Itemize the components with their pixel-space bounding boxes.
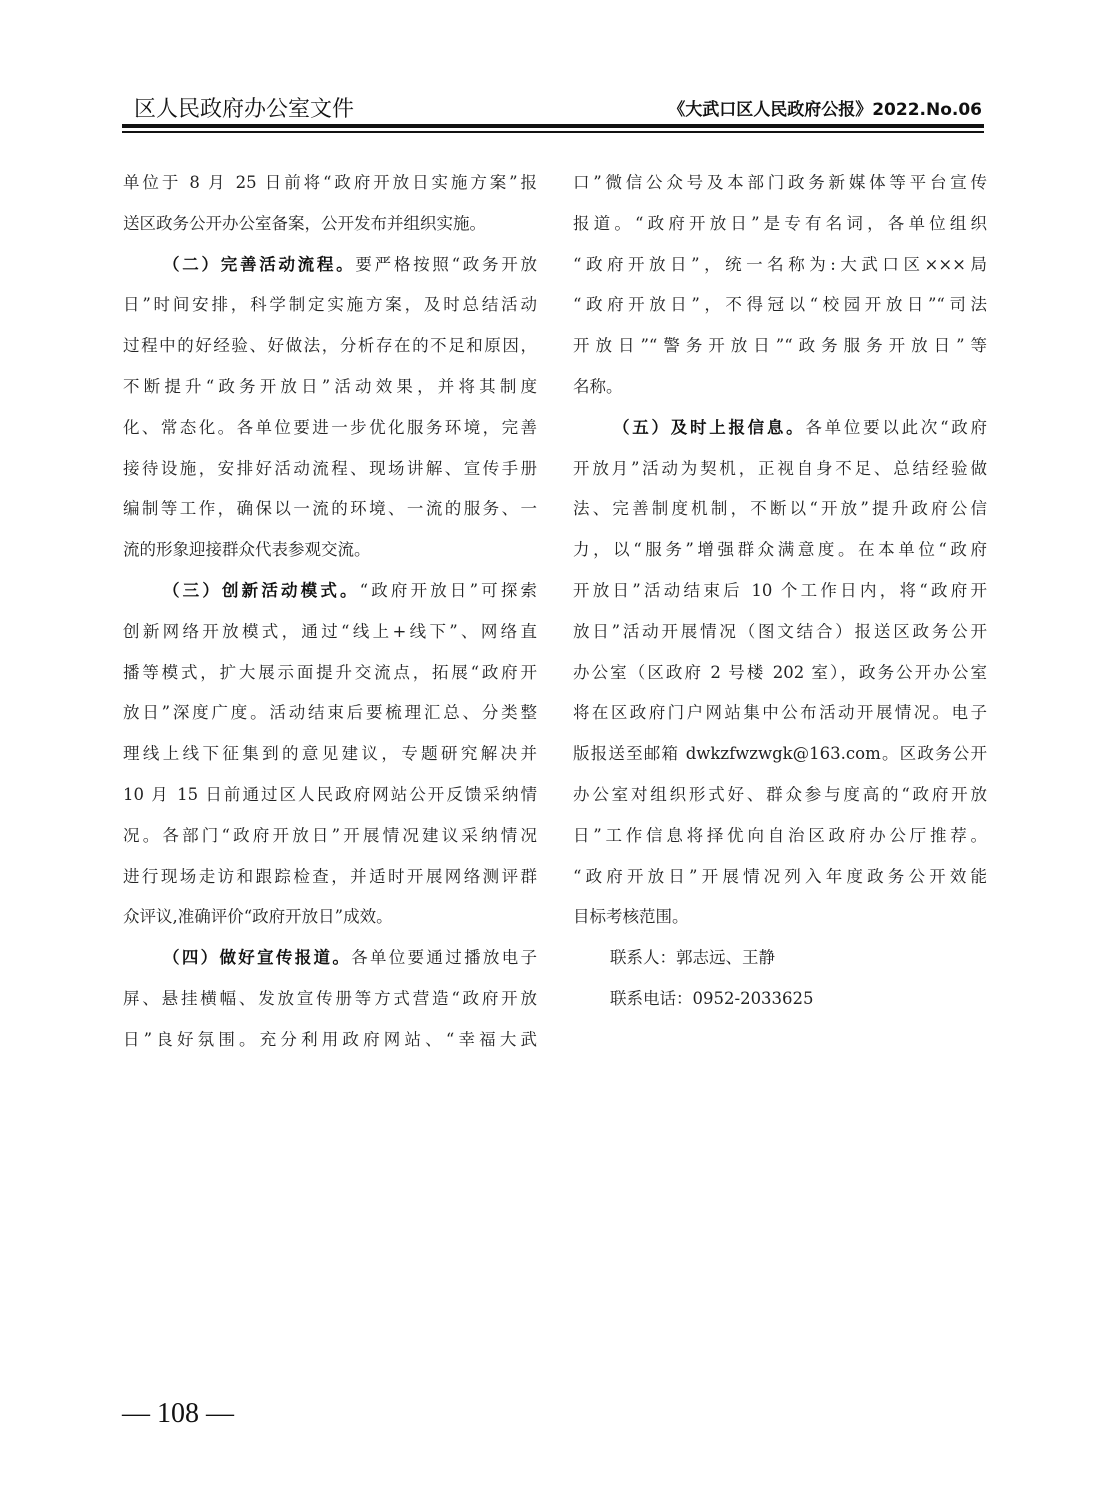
page-number: — 108 — <box>122 1398 234 1430</box>
text-line: 过程中的好经验、好做法，分析存在的不足和原因， <box>123 326 537 367</box>
text-line: 化、常态化。各单位要进一步优化服务环境，完善 <box>123 408 537 449</box>
text-line: “政府开放日”开展情况列入年度政务公开效能 <box>573 857 987 898</box>
email-line: 版报送至邮箱 dwkzfwzwgk@163.com。区政务公开 <box>573 734 987 775</box>
left-column: 单位于 8 月 25 日前将“政府开放日实施方案”报 送区政务公开办公室备案，公… <box>123 163 537 1061</box>
text-line: 报道。“政府开放日”是专有名词，各单位组织 <box>573 204 987 245</box>
text-line: 进行现场走访和跟踪检查，并适时开展网络测评群 <box>123 857 537 898</box>
text-line: 开放日”“警务开放日”“政务服务开放日”等 <box>573 326 987 367</box>
text-run: 要严格按照“政务开放 <box>355 255 537 274</box>
text-line: 接待设施，安排好活动流程、现场讲解、宣传手册 <box>123 449 537 490</box>
text-line: 放日”活动开展情况（图文结合）报送区政务公开 <box>573 612 987 653</box>
page-header: 区人民政府办公室文件 《大武口区人民政府公报》2022.No.06 <box>122 92 984 134</box>
section-heading: （五）及时上报信息。 <box>613 418 805 437</box>
text-line: 送区政务公开办公室备案，公开发布并组织实施。 <box>123 204 537 245</box>
text-line: 开放日”活动结束后 10 个工作日内，将“政府开 <box>573 571 987 612</box>
text-line: 众评议,准确评价“政府开放日”成效。 <box>123 897 537 938</box>
section-heading-line: （三）创新活动模式。“政府开放日”可探索 <box>123 571 537 612</box>
text-line: 播等模式，扩大展示面提升交流点，拓展“政府开 <box>123 653 537 694</box>
text-line: 10 月 15 日前通过区人民政府网站公开反馈采纳情 <box>123 775 537 816</box>
text-run: 各单位要通过播放电子 <box>351 948 537 967</box>
section-heading-line: （四）做好宣传报道。各单位要通过播放电子 <box>123 938 537 979</box>
text-line: 放日”深度广度。活动结束后要梳理汇总、分类整 <box>123 693 537 734</box>
text-run: 各单位要以此次“政府 <box>805 418 987 437</box>
text-line: 创新网络开放模式，通过“线上+线下”、网络直 <box>123 612 537 653</box>
text-line: 名称。 <box>573 367 987 408</box>
section-heading-line: （五）及时上报信息。各单位要以此次“政府 <box>573 408 987 449</box>
text-line: 理线上线下征集到的意见建议，专题研究解决并 <box>123 734 537 775</box>
text-run: “政府开放日”可探索 <box>360 581 537 600</box>
section-heading-line: （二）完善活动流程。要严格按照“政务开放 <box>123 245 537 286</box>
text-line: 况。各部门“政府开放日”开展情况建议采纳情况 <box>123 816 537 857</box>
text-line: 口”微信公众号及本部门政务新媒体等平台宣传 <box>573 163 987 204</box>
header-rule-thin <box>122 131 984 133</box>
header-rule-thick <box>122 124 984 128</box>
contact-person: 联系人：郭志远、王静 <box>573 938 987 979</box>
text-line: 不断提升“政务开放日”活动效果，并将其制度 <box>123 367 537 408</box>
text-line: “政府开放日”，不得冠以“校园开放日”“司法 <box>573 285 987 326</box>
text-line: “政府开放日”，统一名称为:大武口区×××局 <box>573 245 987 286</box>
text-line: 办公室（区政府 2 号楼 202 室），政务公开办公室 <box>573 653 987 694</box>
text-line: 办公室对组织形式好、群众参与度高的“政府开放 <box>573 775 987 816</box>
section-heading: （四）做好宣传报道。 <box>163 948 351 967</box>
text-line: 日”良好氛围。充分利用政府网站、“幸福大武 <box>123 1020 537 1061</box>
text-line: 目标考核范围。 <box>573 897 987 938</box>
text-line: 单位于 8 月 25 日前将“政府开放日实施方案”报 <box>123 163 537 204</box>
text-line: 开放月”活动为契机，正视自身不足、总结经验做 <box>573 449 987 490</box>
text-line: 流的形象迎接群众代表参观交流。 <box>123 530 537 571</box>
text-line: 编制等工作，确保以一流的环境、一流的服务、一 <box>123 489 537 530</box>
text-line: 法、完善制度机制，不断以“开放”提升政府公信 <box>573 489 987 530</box>
text-line: 屏、悬挂横幅、发放宣传册等方式营造“政府开放 <box>123 979 537 1020</box>
text-line: 日”时间安排，科学制定实施方案，及时总结活动 <box>123 285 537 326</box>
right-column: 口”微信公众号及本部门政务新媒体等平台宣传 报道。“政府开放日”是专有名词，各单… <box>573 163 987 1020</box>
section-heading: （三）创新活动模式。 <box>163 581 360 600</box>
text-line: 日”工作信息将择优向自治区政府办公厅推荐。 <box>573 816 987 857</box>
contact-phone: 联系电话：0952-2033625 <box>573 979 987 1020</box>
section-title: 区人民政府办公室文件 <box>134 92 354 123</box>
publication-title: 《大武口区人民政府公报》2022.No.06 <box>668 95 982 120</box>
text-line: 将在区政府门户网站集中公布活动开展情况。电子 <box>573 693 987 734</box>
section-heading: （二）完善活动流程。 <box>163 255 355 274</box>
text-line: 力，以“服务”增强群众满意度。在本单位“政府 <box>573 530 987 571</box>
